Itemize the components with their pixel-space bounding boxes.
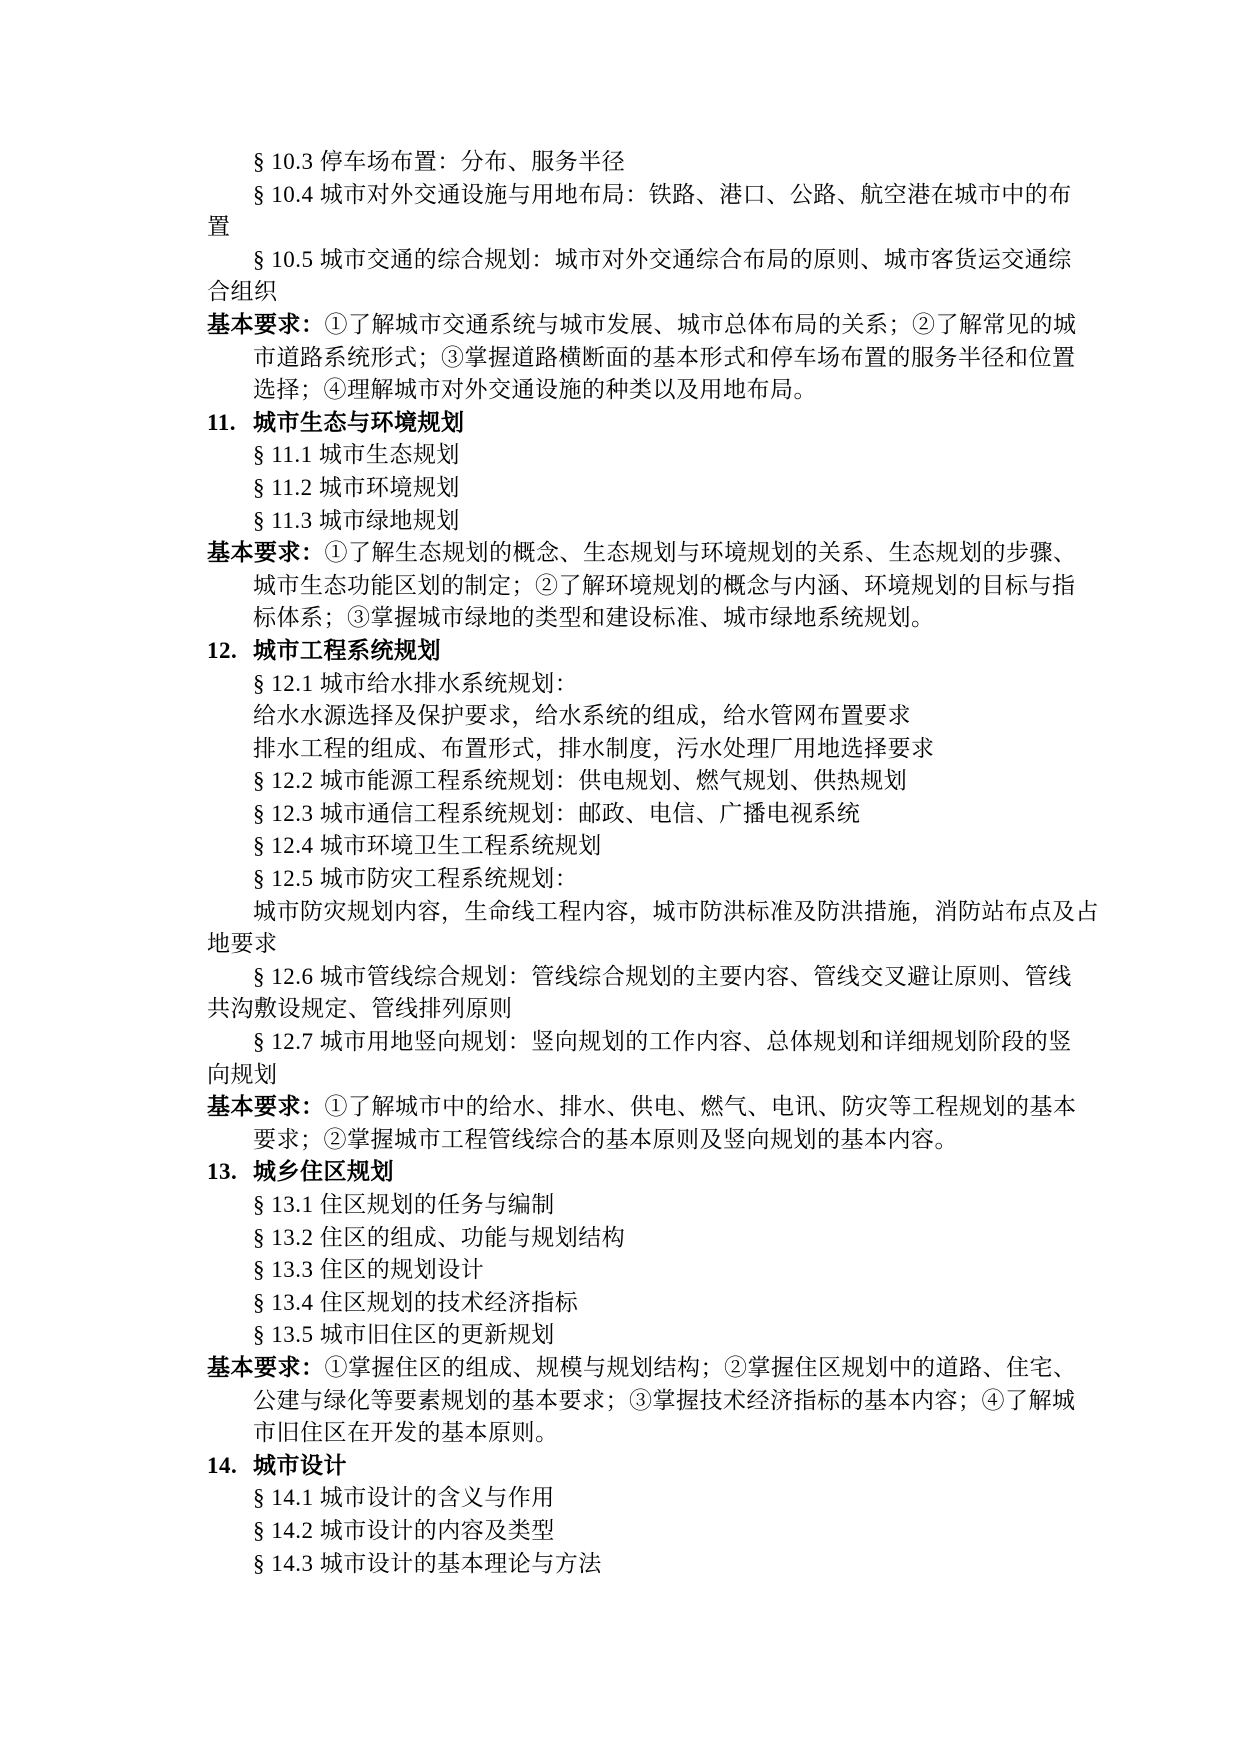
line-text: § 11.2 城市环境规划: [253, 475, 460, 500]
line-text: § 12.2 城市能源工程系统规划：供电规划、燃气规划、供热规划: [253, 768, 907, 793]
text-line: § 11.2 城市环境规划: [207, 472, 1047, 505]
line-text: 置: [207, 214, 231, 239]
text-line: § 13.5 城市旧住区的更新规划: [207, 1319, 1047, 1352]
text-line: 城市生态功能区划的制定；②了解环境规划的概念与内涵、环境规划的目标与指: [207, 570, 1047, 603]
text-line: 共沟敷设规定、管线排列原则: [207, 993, 1047, 1026]
line-text: § 12.5 城市防灾工程系统规划：: [253, 866, 578, 891]
document-content: § 10.3 停车场布置：分布、服务半径§ 10.4 城市对外交通设施与用地布局…: [207, 146, 1047, 1580]
line-text: § 10.5 城市交通的综合规划：城市对外交通综合布局的原则、城市客货运交通综: [253, 247, 1072, 272]
text-line: § 12.5 城市防灾工程系统规划：: [207, 863, 1047, 896]
section-heading: 14.城市设计: [207, 1450, 1047, 1483]
text-line: 标体系；③掌握城市绿地的类型和建设标准、城市绿地系统规划。: [207, 602, 1047, 635]
text-line: § 10.5 城市交通的综合规划：城市对外交通综合布局的原则、城市客货运交通综: [207, 244, 1047, 277]
section-heading: 11.城市生态与环境规划: [207, 407, 1047, 440]
line-text: § 12.7 城市用地竖向规划：竖向规划的工作内容、总体规划和详细规划阶段的竖: [253, 1029, 1072, 1054]
line-text: § 14.1 城市设计的含义与作用: [253, 1485, 555, 1510]
line-text: ①了解城市交通系统与城市发展、城市总体布局的关系；②了解常见的城: [325, 312, 1077, 337]
text-line: 排水工程的组成、布置形式，排水制度，污水处理厂用地选择要求: [207, 733, 1047, 766]
text-line: § 10.4 城市对外交通设施与用地布局：铁路、港口、公路、航空港在城市中的布: [207, 179, 1047, 212]
line-text: § 12.1 城市给水排水系统规划：: [253, 671, 578, 696]
requirement-label: 基本要求：: [207, 1094, 325, 1119]
line-text: § 11.1 城市生态规划: [253, 442, 460, 467]
text-line: § 11.1 城市生态规划: [207, 439, 1047, 472]
text-line: 城市防灾规划内容，生命线工程内容，城市防洪标准及防洪措施，消防站布点及占: [207, 896, 1047, 929]
requirement-label: 基本要求：: [207, 540, 325, 565]
text-line: § 13.3 住区的规划设计: [207, 1254, 1047, 1287]
line-text: 城市生态功能区划的制定；②了解环境规划的概念与内涵、环境规划的目标与指: [253, 573, 1076, 598]
requirement-label: 基本要求：: [207, 1355, 325, 1380]
text-line: § 12.4 城市环境卫生工程系统规划: [207, 830, 1047, 863]
text-line: § 13.4 住区规划的技术经济指标: [207, 1287, 1047, 1320]
line-text: 市旧住区在开发的基本原则。: [253, 1420, 559, 1445]
text-line: § 10.3 停车场布置：分布、服务半径: [207, 146, 1047, 179]
line-text: 城乡住区规划: [253, 1159, 394, 1184]
line-text: ①掌握住区的组成、规模与规划结构；②掌握住区规划中的道路、住宅、: [325, 1355, 1077, 1380]
line-text: § 13.3 住区的规划设计: [253, 1257, 484, 1282]
text-line: § 12.2 城市能源工程系统规划：供电规划、燃气规划、供热规划: [207, 765, 1047, 798]
requirement-label: 基本要求：: [207, 312, 325, 337]
text-line: § 13.2 住区的组成、功能与规划结构: [207, 1222, 1047, 1255]
text-line: 向规划: [207, 1059, 1047, 1092]
text-line: 要求；②掌握城市工程管线综合的基本原则及竖向规划的基本内容。: [207, 1124, 1047, 1157]
requirement-line: 基本要求：①了解城市交通系统与城市发展、城市总体布局的关系；②了解常见的城: [207, 309, 1047, 342]
requirement-line: 基本要求：①掌握住区的组成、规模与规划结构；②掌握住区规划中的道路、住宅、: [207, 1352, 1047, 1385]
line-text: 城市设计: [253, 1453, 347, 1478]
line-text: § 11.3 城市绿地规划: [253, 508, 460, 533]
line-text: 地要求: [207, 931, 278, 956]
line-text: 公建与绿化等要素规划的基本要求；③掌握技术经济指标的基本内容；④了解城: [253, 1388, 1076, 1413]
line-text: § 13.4 住区规划的技术经济指标: [253, 1290, 578, 1315]
text-line: § 12.3 城市通信工程系统规划：邮政、电信、广播电视系统: [207, 798, 1047, 831]
line-text: § 13.5 城市旧住区的更新规划: [253, 1322, 555, 1347]
line-text: 合组织: [207, 279, 278, 304]
line-text: § 14.2 城市设计的内容及类型: [253, 1518, 555, 1543]
text-line: 地要求: [207, 928, 1047, 961]
line-text: 共沟敷设规定、管线排列原则: [207, 996, 513, 1021]
line-text: 标体系；③掌握城市绿地的类型和建设标准、城市绿地系统规划。: [253, 605, 935, 630]
line-text: § 13.2 住区的组成、功能与规划结构: [253, 1225, 625, 1250]
text-line: 选择；④理解城市对外交通设施的种类以及用地布局。: [207, 374, 1047, 407]
text-line: 置: [207, 211, 1047, 244]
text-line: § 12.7 城市用地竖向规划：竖向规划的工作内容、总体规划和详细规划阶段的竖: [207, 1026, 1047, 1059]
line-text: ①了解生态规划的概念、生态规划与环境规划的关系、生态规划的步骤、: [325, 540, 1077, 565]
text-line: 给水水源选择及保护要求，给水系统的组成，给水管网布置要求: [207, 700, 1047, 733]
text-line: § 14.2 城市设计的内容及类型: [207, 1515, 1047, 1548]
requirement-line: 基本要求：①了解生态规划的概念、生态规划与环境规划的关系、生态规划的步骤、: [207, 537, 1047, 570]
text-line: § 14.3 城市设计的基本理论与方法: [207, 1548, 1047, 1581]
text-line: § 12.1 城市给水排水系统规划：: [207, 668, 1047, 701]
line-text: 城市防灾规划内容，生命线工程内容，城市防洪标准及防洪措施，消防站布点及占: [253, 899, 1099, 924]
line-text: 城市工程系统规划: [253, 638, 441, 663]
line-text: 向规划: [207, 1062, 278, 1087]
line-text: ①了解城市中的给水、排水、供电、燃气、电讯、防灾等工程规划的基本: [325, 1094, 1077, 1119]
line-text: § 12.4 城市环境卫生工程系统规划: [253, 833, 602, 858]
text-line: § 14.1 城市设计的含义与作用: [207, 1482, 1047, 1515]
line-text: § 12.6 城市管线综合规划：管线综合规划的主要内容、管线交叉避让原则、管线: [253, 964, 1072, 989]
text-line: § 13.1 住区规划的任务与编制: [207, 1189, 1047, 1222]
document-page: § 10.3 停车场布置：分布、服务半径§ 10.4 城市对外交通设施与用地布局…: [0, 0, 1240, 1754]
line-text: 给水水源选择及保护要求，给水系统的组成，给水管网布置要求: [253, 703, 911, 728]
text-line: 公建与绿化等要素规划的基本要求；③掌握技术经济指标的基本内容；④了解城: [207, 1385, 1047, 1418]
line-text: § 14.3 城市设计的基本理论与方法: [253, 1551, 602, 1576]
text-line: 市旧住区在开发的基本原则。: [207, 1417, 1047, 1450]
section-number: 14.: [207, 1450, 253, 1483]
text-line: 合组织: [207, 276, 1047, 309]
requirement-line: 基本要求：①了解城市中的给水、排水、供电、燃气、电讯、防灾等工程规划的基本: [207, 1091, 1047, 1124]
line-text: 选择；④理解城市对外交通设施的种类以及用地布局。: [253, 377, 817, 402]
text-line: 市道路系统形式；③掌握道路横断面的基本形式和停车场布置的服务半径和位置: [207, 342, 1047, 375]
line-text: § 13.1 住区规划的任务与编制: [253, 1192, 555, 1217]
line-text: 城市生态与环境规划: [253, 410, 465, 435]
section-heading: 12.城市工程系统规划: [207, 635, 1047, 668]
section-heading: 13.城乡住区规划: [207, 1156, 1047, 1189]
line-text: 市道路系统形式；③掌握道路横断面的基本形式和停车场布置的服务半径和位置: [253, 345, 1076, 370]
line-text: § 12.3 城市通信工程系统规划：邮政、电信、广播电视系统: [253, 801, 860, 826]
line-text: § 10.3 停车场布置：分布、服务半径: [253, 149, 625, 174]
section-number: 11.: [207, 407, 253, 440]
section-number: 13.: [207, 1156, 253, 1189]
line-text: § 10.4 城市对外交通设施与用地布局：铁路、港口、公路、航空港在城市中的布: [253, 182, 1072, 207]
text-line: § 12.6 城市管线综合规划：管线综合规划的主要内容、管线交叉避让原则、管线: [207, 961, 1047, 994]
line-text: 要求；②掌握城市工程管线综合的基本原则及竖向规划的基本内容。: [253, 1127, 958, 1152]
section-number: 12.: [207, 635, 253, 668]
text-line: § 11.3 城市绿地规划: [207, 505, 1047, 538]
line-text: 排水工程的组成、布置形式，排水制度，污水处理厂用地选择要求: [253, 736, 935, 761]
